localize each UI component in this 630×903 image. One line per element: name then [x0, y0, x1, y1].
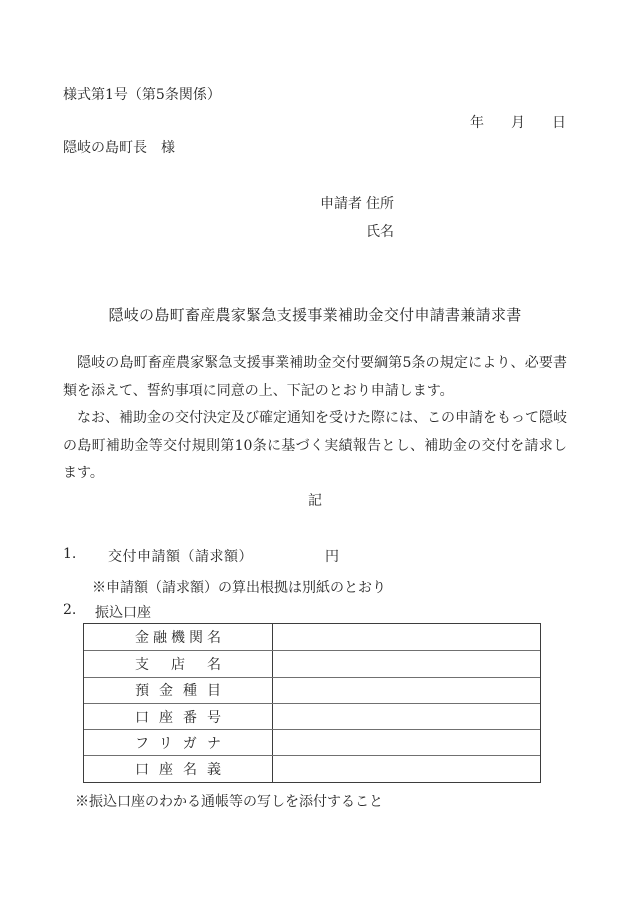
addressee-honorific: 様 [161, 140, 175, 156]
table-row-bank-name: 金融機関名 [84, 624, 540, 650]
account-number-label: 口座番号 [135, 707, 221, 727]
bank-name-label: 金融機関名 [135, 627, 221, 647]
bank-name-value-cell [273, 624, 540, 650]
addressee-line: 隠岐の島町長様 [63, 137, 175, 157]
date-line: 年 月 日 [470, 112, 566, 132]
account-holder-label: 口座名義 [135, 759, 221, 779]
body-paragraph-2: なお、補助金の交付決定及び確定通知を受けた際には、この申請をもって隠岐の島町補助… [63, 405, 567, 488]
applicant-name-label: 氏名 [366, 221, 394, 241]
table-row-account-number: 口座番号 [84, 703, 540, 729]
account-type-value-cell [273, 678, 540, 703]
date-month-label: 月 [511, 112, 525, 132]
account-number-value-cell [273, 704, 540, 729]
table-row-account-type: 預金種目 [84, 677, 540, 703]
document-title: 隠岐の島町畜産農家緊急支援事業補助金交付申請書兼請求書 [0, 304, 630, 325]
body-paragraph-1: 隠岐の島町畜産農家緊急支援事業補助金交付要綱第5条の規定により、必要書類を添えて… [63, 350, 567, 405]
table-footnote: ※振込口座のわかる通帳等の写しを添付すること [75, 791, 383, 811]
item2-number: 2. [63, 602, 76, 618]
date-year-label: 年 [470, 112, 484, 132]
record-marker: 記 [0, 490, 630, 510]
table-label-cell: 預金種目 [84, 678, 273, 703]
table-row-branch-name: 支店名 [84, 650, 540, 676]
item2-label: 振込口座 [95, 602, 151, 622]
form-number: 様式第1号（第5条関係） [63, 84, 221, 104]
date-day-label: 日 [552, 112, 566, 132]
item1-label: 交付申請額（請求額） [108, 546, 253, 566]
table-row-account-holder: 口座名義 [84, 755, 540, 781]
item1-number: 1. [63, 546, 76, 562]
body-text: 隠岐の島町畜産農家緊急支援事業補助金交付要綱第5条の規定により、必要書類を添えて… [63, 350, 567, 488]
applicant-address-label: 住所 [366, 193, 394, 213]
table-row-furigana: フリガナ [84, 729, 540, 755]
furigana-value-cell [273, 730, 540, 755]
table-label-cell: 金融機関名 [84, 624, 273, 650]
applicant-label: 申請者 [320, 193, 362, 213]
table-label-cell: フリガナ [84, 730, 273, 755]
table-label-cell: 口座番号 [84, 704, 273, 729]
furigana-label: フリガナ [135, 733, 221, 753]
branch-name-label: 支店名 [135, 654, 221, 674]
account-holder-value-cell [273, 756, 540, 781]
item1-unit-yen: 円 [325, 546, 339, 566]
table-label-cell: 口座名義 [84, 756, 273, 781]
item1-note: ※申請額（請求額）の算出根拠は別紙のとおり [92, 577, 386, 597]
account-type-label: 預金種目 [135, 680, 221, 700]
document-page: 様式第1号（第5条関係） 年 月 日 隠岐の島町長様 申請者 住所 氏名 隠岐の… [0, 0, 630, 903]
branch-name-value-cell [273, 651, 540, 676]
bank-account-table: 金融機関名 支店名 預金種目 口座番号 フリガナ 口座名義 [83, 623, 541, 783]
addressee-name: 隠岐の島町長 [63, 140, 147, 156]
table-label-cell: 支店名 [84, 651, 273, 676]
